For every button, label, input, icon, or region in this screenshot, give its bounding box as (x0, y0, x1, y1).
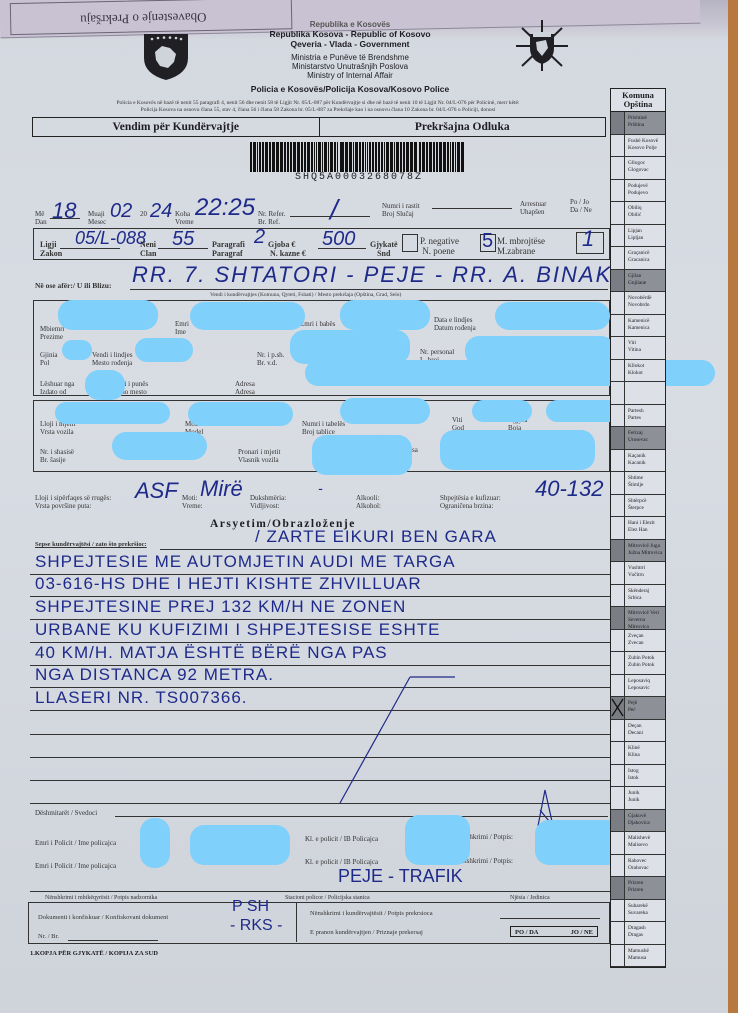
label-plate: Numri i tabelësBroj tablice (302, 420, 345, 436)
municipality-checkbox[interactable] (611, 585, 625, 607)
title-serbian: Prekršajna Odluka (320, 118, 606, 136)
redacted-vehicle-type (55, 402, 170, 424)
municipality-name: JunikJunik (625, 787, 665, 809)
form-title: Vendim për Kundërvajtje Prekršajna Odluk… (32, 117, 606, 137)
label-badge1: Kl. e policit / IB Policajca (305, 835, 378, 843)
municipality-checkbox[interactable] (611, 315, 625, 337)
value-station: PEJE - TRAFIK (338, 866, 463, 887)
municipality-name: ZveçanZvecan (625, 630, 665, 652)
value-day: 18 (52, 198, 76, 224)
label-fine: Gjoba € N. kazne € (268, 240, 306, 258)
municipality-name: VitiVitina (625, 337, 665, 359)
municipality-checkbox[interactable] (611, 630, 625, 652)
label-id-doc: Nr. i p.sh.Br. v.d. (257, 351, 284, 367)
municipality-checkbox[interactable] (611, 247, 625, 269)
municipality-name: Mitrovicë VeriSeverna Mitrovica (625, 607, 665, 629)
municipality-name: Hani i ElezitElez Han (625, 517, 665, 539)
municipality-name: VushtrriVučitrn (625, 562, 665, 584)
ruled-line (30, 780, 610, 781)
label-year-prefix: 20 (140, 210, 147, 218)
ruled-line (30, 596, 610, 597)
label-negative-points: P. negative N. poene (420, 236, 459, 256)
municipality-item[interactable]: GraçanicëGracanica (611, 247, 665, 270)
value-paragraph[interactable]: 2 (254, 226, 265, 249)
redacted-owner-address (440, 430, 595, 470)
municipality-name: DeçanDecani (625, 720, 665, 742)
ruled-line (30, 665, 610, 666)
municipality-name: KaçanikKacanik (625, 450, 665, 472)
label-law: LigjiZakon (40, 240, 62, 258)
municipality-item[interactable]: DeçanDecani (611, 720, 665, 743)
municipality-checkbox[interactable] (611, 675, 625, 697)
redacted-dob (495, 302, 610, 330)
redacted-year (472, 400, 532, 422)
label-visibility: Dukshmëria:Vidljivost: (250, 494, 286, 510)
municipality-checkbox[interactable] (611, 135, 625, 157)
label-alcohol: Alkooli:Alkohol: (356, 494, 381, 510)
municipality-name: PejëPeć (625, 697, 665, 719)
municipality-name: KllokotKlokot (625, 360, 665, 382)
option-no[interactable]: JO / NE (571, 927, 593, 936)
municipality-checkbox[interactable] (611, 360, 625, 382)
label-day: MëDan (35, 210, 47, 226)
redacted-model (188, 402, 293, 426)
municipality-checkbox[interactable] (611, 270, 625, 292)
value-article[interactable]: 55 (172, 228, 194, 251)
label-admits: E pranon kundërvajtjen / Priznaje preker… (310, 929, 423, 937)
municipality-item[interactable]: ParteshPartes (611, 405, 665, 428)
ruled-line (30, 574, 610, 575)
municipality-item[interactable]: SkënderajSrbica (611, 585, 665, 608)
label-address: AdresaAdresa (235, 380, 255, 396)
legal-basis-text: Policia e Kosovës në bazë të nenit 55 pa… (28, 100, 608, 114)
value-points: 5 (482, 230, 493, 253)
municipality-item[interactable]: MalishevëMalisevo (611, 832, 665, 855)
municipality-item[interactable]: VushtrriVučitrn (611, 562, 665, 585)
municipality-item[interactable]: KllokotKlokot (611, 360, 665, 383)
label-issued: Lëshuar ngaIzdato od (40, 380, 74, 396)
label-court: GjykatëSnd (370, 240, 398, 258)
municipality-item[interactable]: DragashDragas (611, 922, 665, 945)
label-chassis: Nr. i shasisëBr. šasije (40, 448, 74, 464)
municipality-item[interactable]: Mitrovicë JuguJužna Mitrovica (611, 540, 665, 563)
municipality-checkbox[interactable] (611, 607, 625, 629)
municipality-checkbox[interactable] (611, 540, 625, 562)
municipality-item[interactable]: Zubin PotokZubin Potok (611, 652, 665, 675)
municipality-name: ParteshPartes (625, 405, 665, 427)
label-name: EmriIme (175, 320, 189, 336)
municipality-checkbox[interactable] (611, 495, 625, 517)
label-badge2: Kl. e policit / IB Policajca (305, 858, 378, 866)
value-fine[interactable]: 500 (322, 228, 355, 251)
municipality-name: GjilanGnjilane (625, 270, 665, 292)
municipality-item[interactable]: GllogocGlogovac (611, 157, 665, 180)
municipality-name: NovobërdëNovobrdo (625, 292, 665, 314)
redacted-plate (340, 398, 430, 424)
label-near: Në ose afër:/ U ili Blizu: (35, 282, 111, 290)
redacted-name (190, 302, 305, 330)
municipality-item[interactable]: VitiVitina (611, 337, 665, 360)
ruled-line (160, 549, 610, 550)
value-confiscated-1: P SH (232, 898, 269, 916)
label-unit: Njësia / Jedinica (510, 894, 550, 902)
municipality-name: LeposaviqLeposavic (625, 675, 665, 697)
value-ref: / (330, 194, 338, 226)
municipality-checkbox[interactable] (611, 900, 625, 922)
municipality-item[interactable]: IstogIstok (611, 765, 665, 788)
reasoning-line: 40 KM/H. MATJA ËSHTË BËRË NGA PAS (35, 643, 388, 663)
municipality-item[interactable]: PrishtinëPriština (611, 112, 665, 135)
municipality-item[interactable]: KaçanikKacanik (611, 450, 665, 473)
municipality-item[interactable]: Hani i ElezitElez Han (611, 517, 665, 540)
label-owner: Pronari i mjetitVlasnik vozila (238, 448, 280, 464)
value-month: 02 (110, 200, 132, 223)
municipality-item[interactable]: ShtërpcëŠterpce (611, 495, 665, 518)
label-case: Numri i rastitBroj Slučaj (382, 202, 420, 218)
label-dob: Data e lindjesDatum rođenja (434, 316, 476, 332)
municipality-name: GllogocGlogovac (625, 157, 665, 179)
municipality-checkbox[interactable] (611, 450, 625, 472)
municipality-item[interactable]: GjakovëDjakovica (611, 810, 665, 833)
municipality-item[interactable]: KlinëKlina (611, 742, 665, 765)
municipality-checkbox[interactable] (611, 517, 625, 539)
value-protective: 1 (582, 226, 594, 252)
municipality-checkbox[interactable] (611, 652, 625, 674)
reasoning-line: SHPEJTESINE PREJ 132 KM/H NE ZONEN (35, 597, 406, 617)
municipality-item[interactable]: Mitrovicë VeriSeverna Mitrovica (611, 607, 665, 630)
municipality-checkbox[interactable] (611, 157, 625, 179)
kosovo-police-emblem-icon (512, 18, 572, 73)
municipality-checkbox[interactable] (611, 225, 625, 247)
redacted-id (290, 330, 410, 364)
label-protective: M. mbrojtëseM.zabrane (497, 236, 545, 256)
municipality-checkbox[interactable] (611, 427, 625, 449)
label-surname: MbiemriPrezime (40, 325, 65, 341)
redacted-officer1-b (190, 825, 290, 865)
municipality-name: MamushëMamusa (625, 945, 665, 967)
municipality-checkbox[interactable] (611, 202, 625, 224)
municipality-item[interactable]: LipjanLipljan (611, 225, 665, 248)
redacted-gender (62, 340, 92, 360)
municipality-checkbox[interactable] (611, 562, 625, 584)
municipality-name: IstogIstok (625, 765, 665, 787)
municipality-checkbox[interactable] (611, 382, 625, 404)
municipality-checkbox[interactable] (611, 405, 625, 427)
redacted-owner (312, 435, 412, 475)
municipality-name: DragashDragas (625, 922, 665, 944)
title-albanian: Vendim për Kundërvajtje (33, 118, 320, 136)
municipality-item[interactable]: LeposaviqLeposavic (611, 675, 665, 698)
municipality-checkbox[interactable] (611, 472, 625, 494)
municipality-item[interactable]: ObiliqObilić (611, 202, 665, 225)
value-law[interactable]: 05/L-088 (75, 228, 146, 249)
value-confiscated-2: - RKS - (230, 917, 282, 935)
reasoning-line: SHPEJTESIE ME AUTOMJETIN AUDI ME TARGA (35, 552, 456, 572)
municipality-name: LipjanLipljan (625, 225, 665, 247)
value-weather[interactable]: Mirë (200, 476, 243, 502)
redacted-father (340, 300, 430, 330)
label-witnesses: Dëshmitarët / Svedoci (35, 809, 97, 817)
redacted-surname (58, 300, 158, 330)
municipality-name: Fushë KosovëKosovo Polje (625, 135, 665, 157)
municipality-name: KlinëKlina (625, 742, 665, 764)
municipality-item[interactable]: PejëPeć (611, 697, 665, 720)
redacted-chassis (112, 432, 207, 460)
document-box (28, 902, 610, 944)
barcode-number: SHQ5A0003268078Z (295, 172, 423, 183)
municipality-name: SuharekëSuvareka (625, 900, 665, 922)
reasoning-line: URBANE KU KUFIZIMI I SHPEJTESISE ESHTE (35, 620, 440, 640)
municipality-name: GraçanicëGracanica (625, 247, 665, 269)
label-month: MuajiMesec (88, 210, 106, 226)
municipality-checkbox[interactable] (611, 832, 625, 854)
municipality-checkbox[interactable] (611, 742, 625, 764)
municipality-checkbox[interactable] (611, 337, 625, 359)
municipality-item[interactable]: MamushëMamusa (611, 945, 665, 968)
copy-footer: 1.KOPJA PËR GJYKATË / KOPIJA ZA SUD (30, 950, 158, 957)
municipality-checkbox[interactable] (611, 922, 625, 944)
municipality-name: ShtërpcëŠterpce (625, 495, 665, 517)
ruled-line (30, 642, 610, 643)
label-ref: Nr. Refer.Br. Ref. (258, 210, 285, 226)
admits-options[interactable]: PO / DAJO / NE (510, 926, 598, 937)
value-time: 22:25 (195, 194, 255, 222)
ruled-line (30, 757, 610, 758)
label-station: Stacioni policor / Policijska stanica (285, 894, 370, 902)
municipality-checkbox[interactable] (611, 765, 625, 787)
municipality-checkbox[interactable] (611, 787, 625, 809)
reasoning-line: / ZARTE EIKURI BEN GARA (255, 527, 497, 547)
flap-text: Obavestenje o Prekršaju (80, 9, 207, 28)
label-time: KohaVreme (175, 210, 194, 226)
municipality-name: Zubin PotokZubin Potok (625, 652, 665, 674)
value-speed[interactable]: 40-132 (535, 476, 604, 502)
reasoning-line: LLASERI NR. TS007366. (35, 688, 248, 708)
label-officer2: Emri i Policit / Ime policajca (35, 862, 116, 870)
municipality-name: SkënderajSrbica (625, 585, 665, 607)
label-nr: Nr. / Br. (38, 933, 59, 941)
municipality-item[interactable]: PrizrenPrizren (611, 877, 665, 900)
ruled-line (30, 803, 610, 804)
municipality-name: RahovecOrahovac (625, 855, 665, 877)
municipality-item[interactable]: ZveçanZvecan (611, 630, 665, 653)
reasoning-line: NGA DISTANCA 92 METRA. (35, 665, 274, 685)
court-checkbox[interactable] (402, 234, 418, 252)
strike-through-stroke (330, 675, 460, 805)
label-yes-no[interactable]: Po / JoDa / Ne (570, 198, 592, 214)
label-reasoning: Sepse kundërvajtësi / zato što prekršioc… (35, 541, 147, 549)
municipality-name: ShtimeŠtimlje (625, 472, 665, 494)
municipality-checkbox[interactable] (611, 945, 625, 967)
redacted-birthplace (135, 338, 193, 362)
municipality-checkbox[interactable] (611, 112, 625, 134)
municipality-name: MalishevëMalisevo (625, 832, 665, 854)
municipality-name: GjakovëDjakovica (625, 810, 665, 832)
municipality-item[interactable]: KamenicëKamenica (611, 315, 665, 338)
label-father: Emri i babës (300, 320, 335, 328)
municipality-item[interactable]: RahovecOrahovac (611, 855, 665, 878)
label-speed-limit: Shpejtësia e kufizuar:Ograničena brzina: (440, 494, 501, 510)
label-road: Lloji i sipërfaqes së rrugës:Vrsta površ… (35, 494, 111, 510)
municipality-list: KomunaOpština PrishtinëPrištinaFushë Kos… (610, 88, 666, 968)
label-place-caption: Vendi i kundërvajtjes (Komuna, Qyteti, F… (210, 291, 401, 299)
value-visibility[interactable]: - (318, 480, 323, 496)
barcode (250, 142, 465, 174)
municipality-name: PrizrenPrizren (625, 877, 665, 899)
municipality-name: KamenicëKamenica (625, 315, 665, 337)
kosovo-coat-of-arms-icon (140, 30, 192, 82)
municipality-checkbox[interactable] (611, 877, 625, 899)
checkmark-x-icon (611, 697, 624, 718)
ruled-line (30, 619, 610, 620)
municipality-name: ObiliqObilić (625, 202, 665, 224)
municipality-item[interactable]: Fushë KosovëKosovo Polje (611, 135, 665, 158)
municipality-checkbox[interactable] (611, 180, 625, 202)
label-paragraph: ParagrafiParagraf (212, 240, 245, 258)
redacted-badge (405, 815, 470, 865)
value-road[interactable]: ASF (135, 478, 178, 504)
redacted-issued (85, 370, 125, 400)
label-article: NeniClan (140, 240, 156, 258)
ruled-line (30, 734, 610, 735)
municipality-checkbox[interactable] (611, 697, 625, 719)
municipality-checkbox[interactable] (611, 292, 625, 314)
municipality-item[interactable]: SuharekëSuvareka (611, 900, 665, 923)
reasoning-line: 03-616-HS DHE I HEJTI KISHTE ZHVILLUAR (35, 574, 422, 594)
value-location[interactable]: RR. 7. SHTATORI - PEJE - RR. A. BINAKU (132, 262, 630, 288)
redacted-officer1-a (140, 818, 170, 868)
municipality-name: Mitrovicë JuguJužna Mitrovica (625, 540, 665, 562)
value-year: 24 (150, 200, 172, 223)
label-offender-sign: Nënshkrimi i kundërvajtësit / Potpis pre… (310, 910, 433, 918)
label-officer1: Emri i Policit / Ime policajca (35, 839, 116, 847)
document-header: Republika e Kosovës Republika Kosova - R… (210, 20, 490, 94)
label-supervisor: Nënshkrimi i mbikëqyrësit / Potpis nadzo… (45, 894, 157, 902)
option-yes[interactable]: PO / DA (515, 927, 538, 936)
municipality-checkbox[interactable] (611, 810, 625, 832)
label-birthplace: Vendi i lindjesMesto rođenja (92, 351, 132, 367)
municipality-item[interactable]: JunikJunik (611, 787, 665, 810)
municipality-checkbox[interactable] (611, 855, 625, 877)
municipality-name (625, 382, 665, 404)
municipality-checkbox[interactable] (611, 720, 625, 742)
municipality-name: PodujevëPodujevo (625, 180, 665, 202)
municipality-header: KomunaOpština (611, 89, 665, 112)
label-arrested: ArrestuarUhapšen (520, 200, 546, 216)
label-confiscated: Dokumenti i konfiskuar / Konfiskovani do… (38, 914, 168, 922)
municipality-item[interactable]: ShtimeŠtimlje (611, 472, 665, 495)
ruled-line (30, 687, 610, 688)
municipality-name: FerizajUrosevac (625, 427, 665, 449)
label-gender: GjiniaPol (40, 351, 58, 367)
municipality-item[interactable] (611, 382, 665, 405)
ruled-line (30, 710, 610, 711)
municipality-item[interactable]: NovobërdëNovobrdo (611, 292, 665, 315)
municipality-name: PrishtinëPriština (625, 112, 665, 134)
municipality-item[interactable]: FerizajUrosevac (611, 427, 665, 450)
municipality-item[interactable]: GjilanGnjilane (611, 270, 665, 293)
municipality-item[interactable]: PodujevëPodujevo (611, 180, 665, 203)
